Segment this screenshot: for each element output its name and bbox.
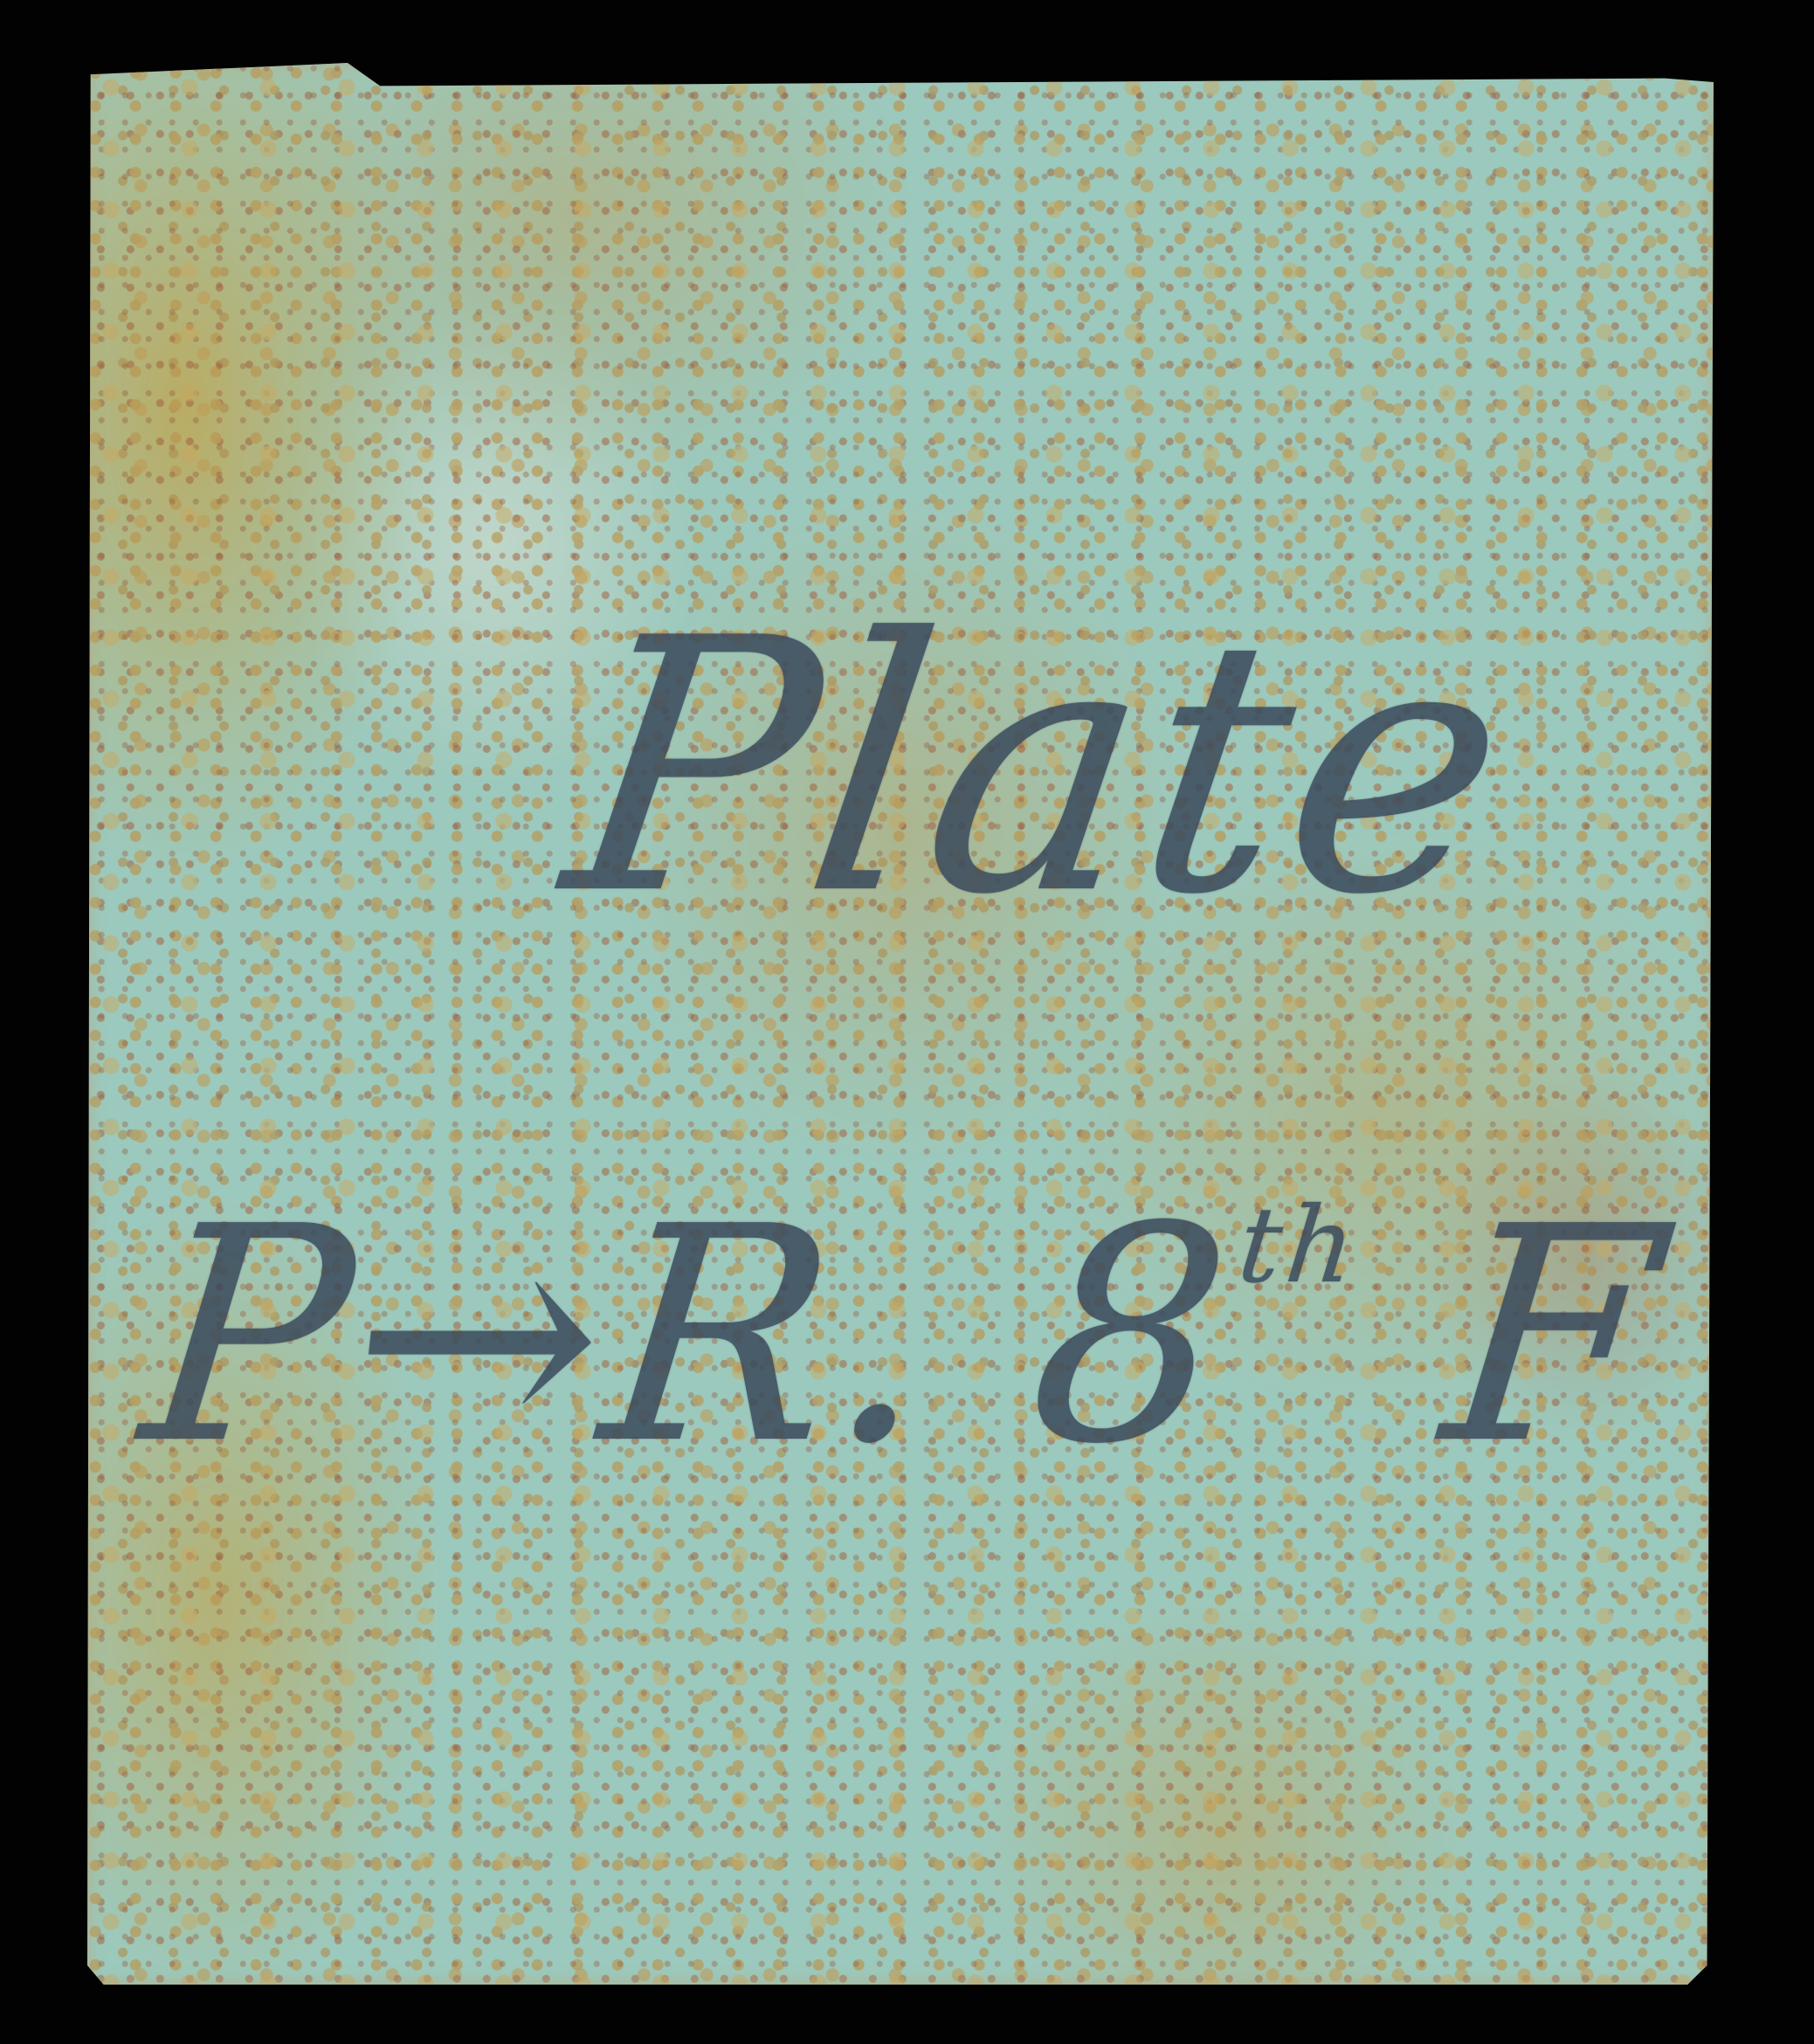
stamp-photo: Plate P→R. 8th F (0, 0, 1814, 2044)
inscription-position: P→R. 8th F (133, 1188, 1676, 1485)
inscription-position-end: F (1332, 1164, 1680, 1509)
inscription-plate: Plate (552, 594, 1529, 943)
inscription-position-main: P→R. 8 (130, 1164, 1248, 1509)
inscription-position-ordinal: th (1233, 1185, 1366, 1307)
stamp-paper (87, 63, 1714, 1985)
paper-edge (87, 63, 1714, 1985)
